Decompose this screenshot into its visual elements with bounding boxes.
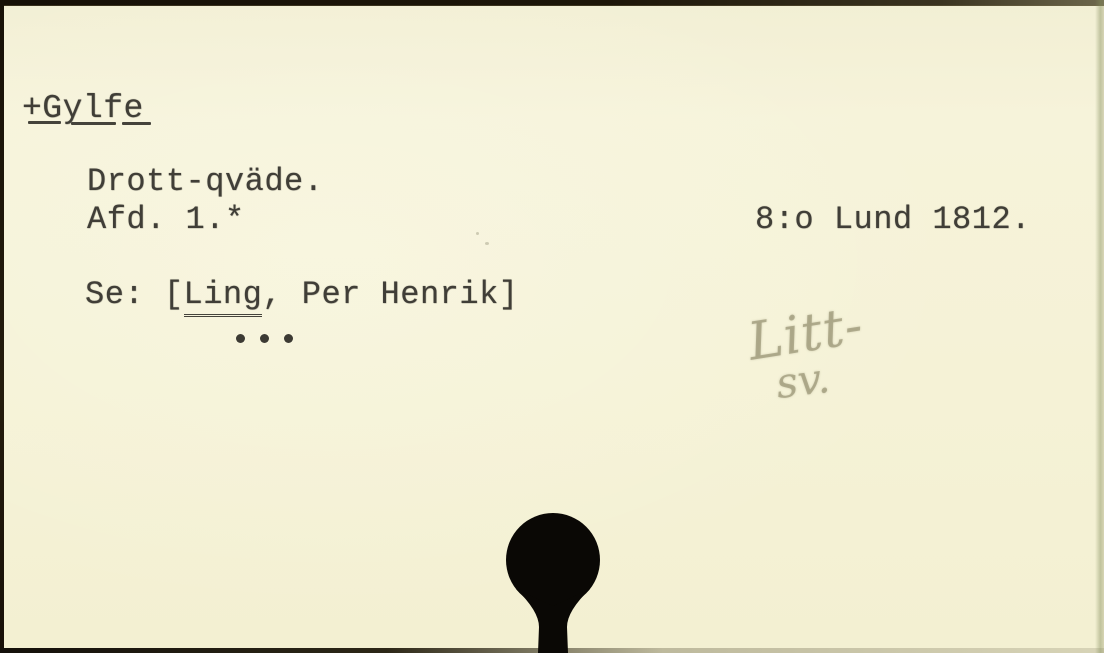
heading-underline-dash bbox=[122, 122, 151, 125]
card-edge-top bbox=[0, 0, 1104, 6]
ellipsis-dots bbox=[236, 334, 293, 343]
pencil-note-line2: sv. bbox=[773, 353, 832, 408]
catalog-card: +Gylfe Drott-qväde. Afd. 1.* 8:o Lund 18… bbox=[0, 0, 1104, 653]
dust-speck bbox=[485, 242, 489, 245]
dust-speck bbox=[476, 232, 479, 235]
heading-underline-dash bbox=[28, 121, 61, 124]
heading-underline-dash bbox=[71, 122, 116, 125]
reference-prefix: Se: [ bbox=[85, 276, 184, 313]
reference-line: Se: [Ling, Per Henrik] bbox=[85, 279, 518, 311]
ellipsis-dot bbox=[284, 334, 293, 343]
hole-punch bbox=[480, 505, 630, 653]
ellipsis-dot bbox=[260, 334, 269, 343]
reference-linked-name: Ling bbox=[184, 276, 263, 317]
ellipsis-dot bbox=[236, 334, 245, 343]
imprint-line: 8:o Lund 1812. bbox=[755, 204, 1031, 236]
reference-suffix: , Per Henrik] bbox=[262, 276, 518, 313]
card-edge-left bbox=[0, 0, 4, 653]
title-line: Drott-qväde. bbox=[87, 166, 323, 198]
card-edge-right bbox=[1095, 0, 1104, 653]
part-line: Afd. 1.* bbox=[87, 204, 245, 236]
